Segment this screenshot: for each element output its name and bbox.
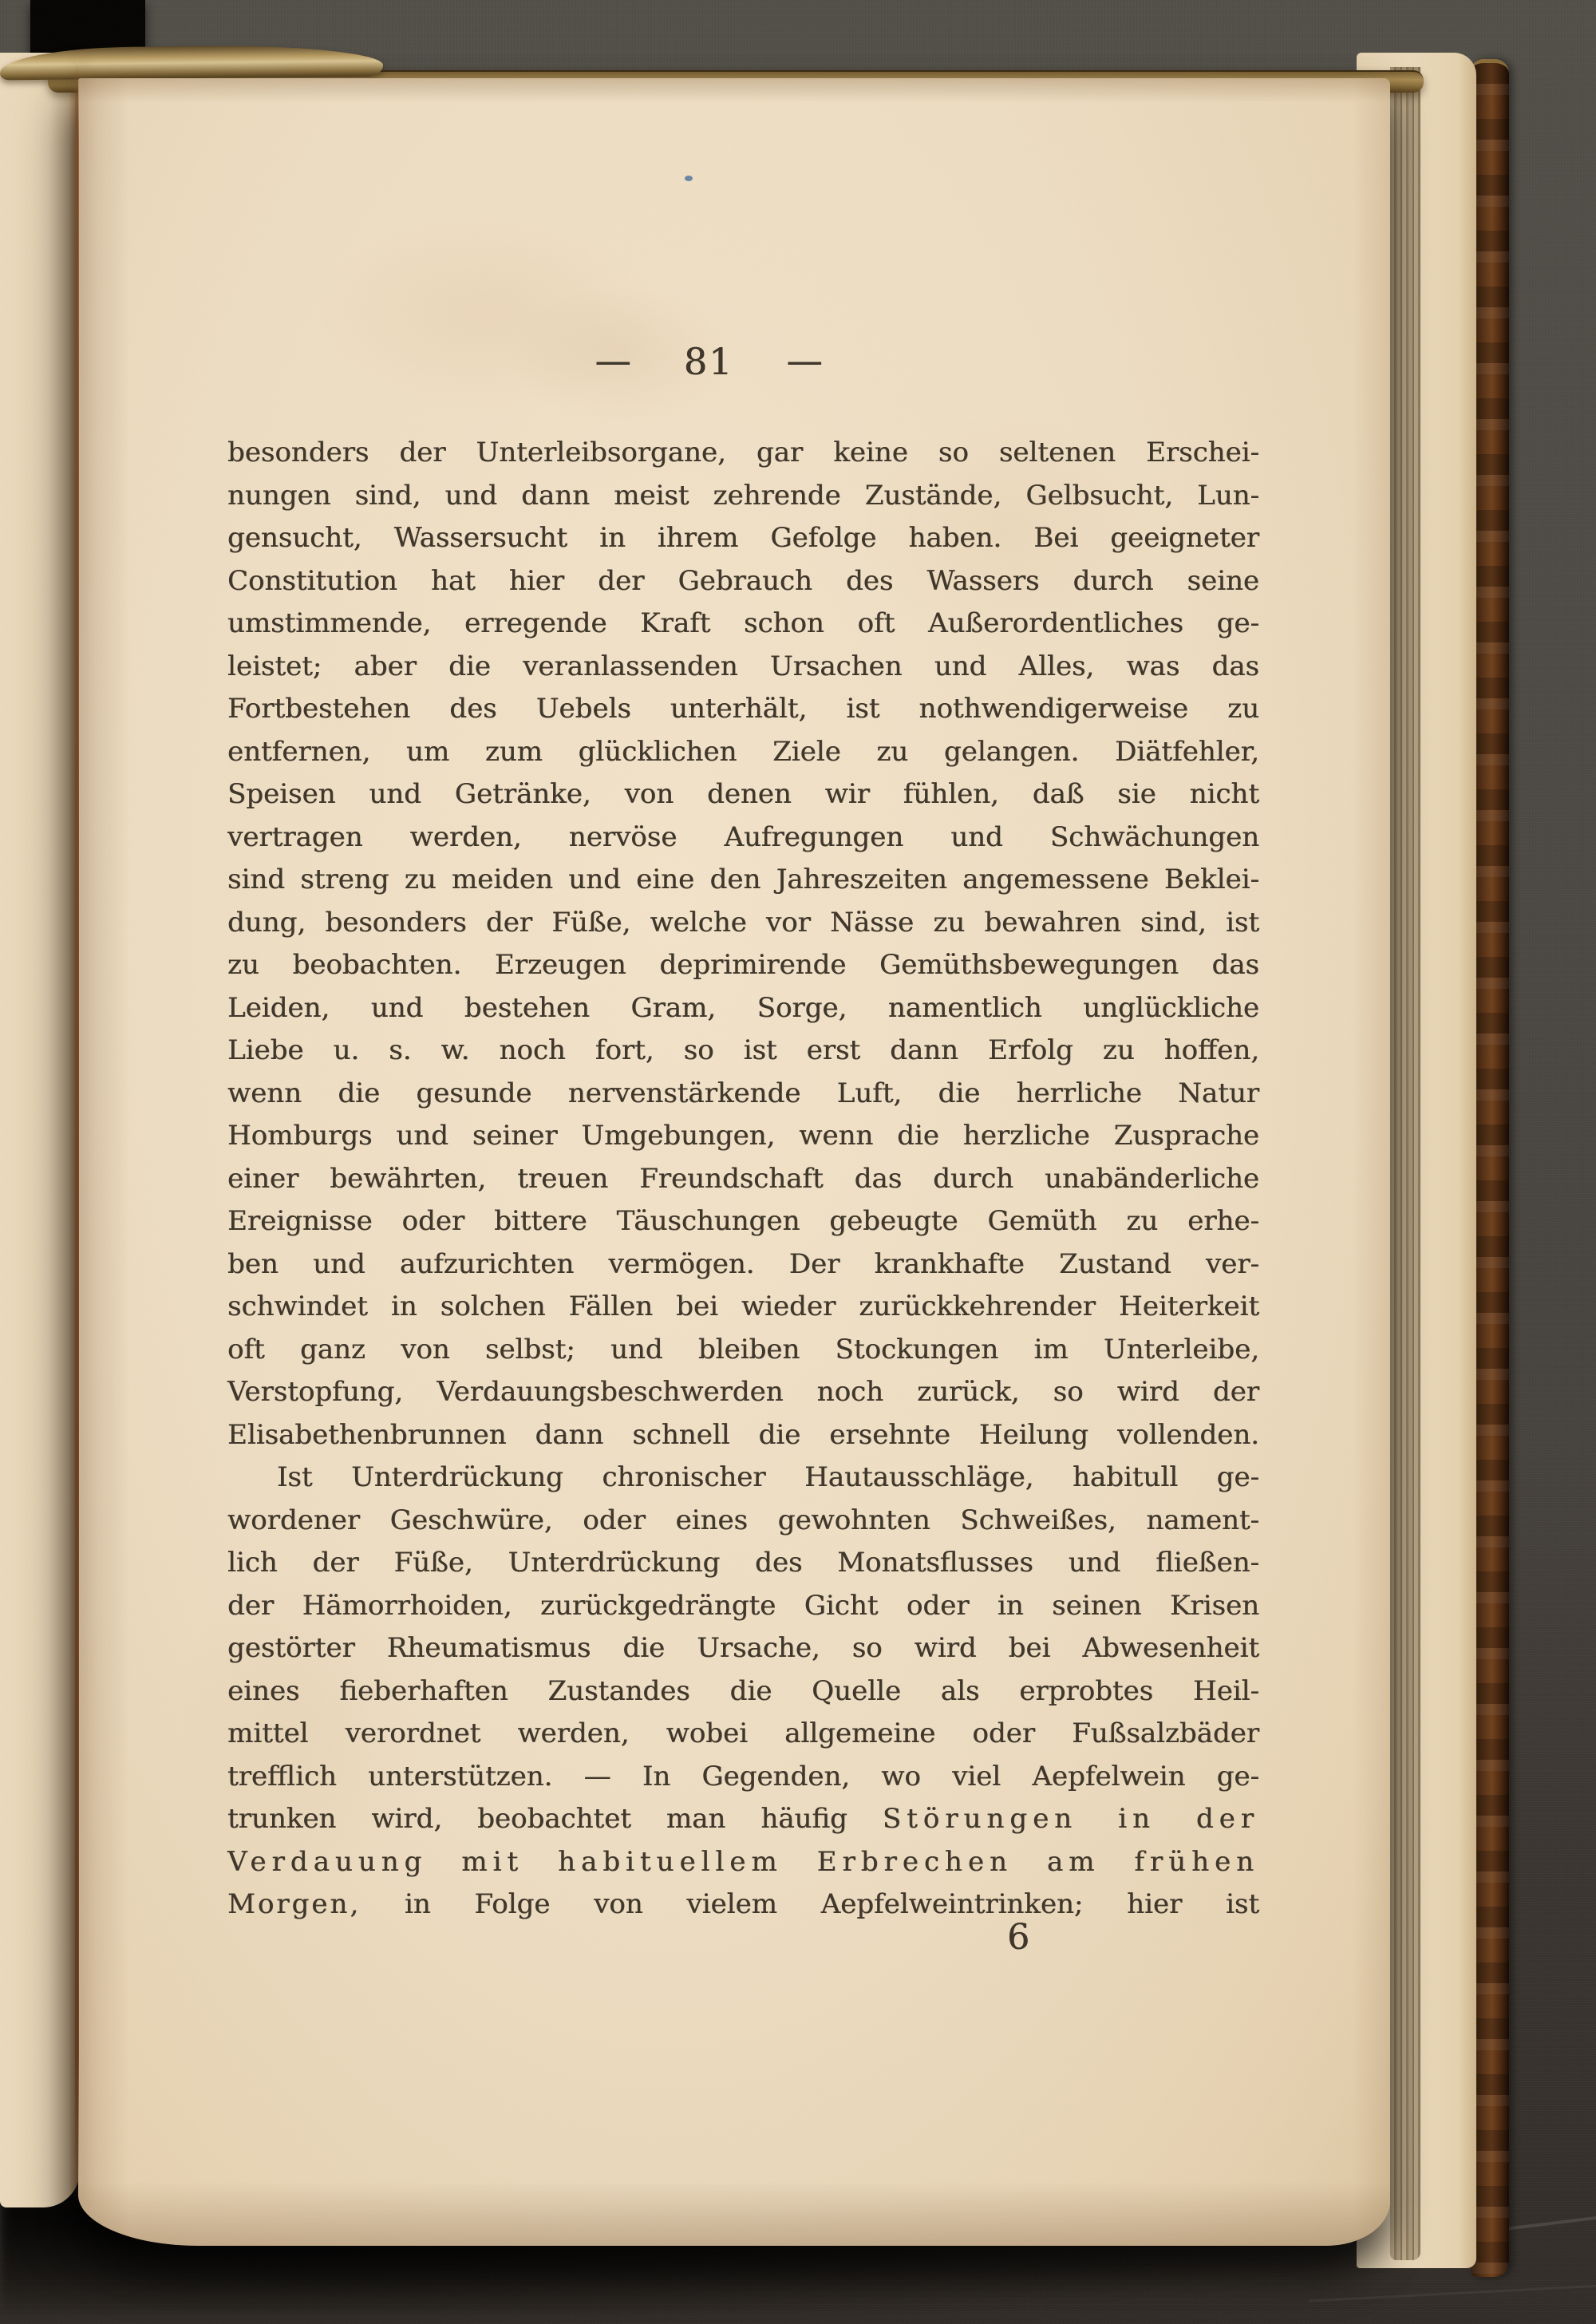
facing-page-sliver [0,53,80,2207]
body-line-segment: schwindet in solchen Fällen bei wieder z… [227,1290,1259,1322]
body-line-segment: dung, besonders der Füße, welche vor Näs… [227,907,1259,939]
body-line: vertragen werden, nervöse Aufregungen un… [227,816,1259,860]
body-line-segment: ben und aufzurichten vermögen. Der krank… [227,1248,1259,1280]
body-text: besonders der Unterleibsorgane, gar kein… [227,432,1259,1927]
body-line-segment: wordener Geschwüre, oder eines gewohnten… [227,1504,1259,1536]
body-line: wenn die gesunde nervenstärkende Luft, d… [227,1073,1259,1116]
body-line: gestörter Rheumatismus die Ursache, so w… [227,1627,1259,1670]
body-line: besonders der Unterleibsorgane, gar kein… [227,432,1259,475]
body-line-segment: besonders der Unterleibsorgane, gar kein… [227,437,1259,468]
body-line-segment: Verdauung mit habituellem Erbrechen am f… [227,1846,1259,1878]
body-line: Verdauung mit habituellem Erbrechen am f… [227,1841,1259,1884]
body-line: Elisabethenbrunnen dann schnell die erse… [227,1414,1259,1457]
body-line-segment: Leiden, und bestehen Gram, Sorge, nament… [227,992,1259,1024]
page-header: — 81 — [595,343,823,380]
gutter-crease [75,57,79,2203]
header-dash-right: — [786,350,823,373]
body-line-segment: nungen sind, und dann meist zehrende Zus… [227,480,1259,512]
body-line: lich der Füße, Unterdrückung des Monatsf… [227,1542,1259,1585]
body-line-segment: wenn die gesunde nervenstärkende Luft, d… [227,1077,1259,1109]
book-page: — 81 — besonders der Unterleibsorgane, g… [78,78,1390,2246]
body-line-segment: einer bewährten, treuen Freundschaft das… [227,1163,1259,1195]
body-line-segment: gensucht, Wassersucht in ihrem Gefolge h… [227,522,1259,554]
page-number: 81 [684,343,734,380]
body-line: umstimmende, erregende Kraft schon oft A… [227,603,1259,646]
blue-ink-speck [685,176,693,181]
body-line-segment: Speisen und Getränke, von denen wir fühl… [227,778,1259,810]
body-line-segment: zu beobachten. Erzeugen deprimirende Gem… [227,949,1259,981]
book-scan-photo: — 81 — besonders der Unterleibsorgane, g… [0,0,1596,2324]
body-line: mittel verordnet werden, wobei allgemein… [227,1713,1259,1756]
body-line-segment: Elisabethenbrunnen dann schnell die erse… [227,1419,1259,1451]
body-line-segment: Ereignisse oder bittere Täuschungen gebe… [227,1205,1259,1237]
body-line-segment: in Folge von vielem Aepfelweintrinken; h… [361,1888,1259,1920]
body-line: Morgen, in Folge von vielem Aepfelweintr… [227,1883,1259,1927]
body-line: trefflich unterstützen. — In Gegenden, w… [227,1756,1259,1799]
body-line-segment: vertragen werden, nervöse Aufregungen un… [227,821,1259,853]
body-line: Leiden, und bestehen Gram, Sorge, nament… [227,987,1259,1030]
body-line: oft ganz von selbst; und bleiben Stockun… [227,1329,1259,1372]
body-line: leistet; aber die veranlassenden Ursache… [227,646,1259,689]
body-line: der Hämorrhoiden, zurückgedrängte Gicht … [227,1585,1259,1628]
body-line: Liebe u. s. w. noch fort, so ist erst da… [227,1030,1259,1073]
body-line-segment: Liebe u. s. w. noch fort, so ist erst da… [227,1034,1259,1066]
body-line: entfernen, um zum glücklichen Ziele zu g… [227,731,1259,774]
body-line: schwindet in solchen Fällen bei wieder z… [227,1286,1259,1329]
scanner-surface-line [1499,2215,1596,2231]
page-stack-edges [1390,67,1420,2260]
body-line: einer bewährten, treuen Freundschaft das… [227,1158,1259,1201]
body-line-segment: Ist Unterdrückung chronischer Hautaussch… [277,1461,1259,1493]
body-line-segment: oft ganz von selbst; und bleiben Stockun… [227,1334,1259,1366]
body-line-segment: eines fieberhaften Zustandes die Quelle … [227,1675,1259,1707]
body-line: zu beobachten. Erzeugen deprimirende Gem… [227,944,1259,987]
body-line: trunken wird, beobachtet man häufig Stör… [227,1798,1259,1841]
body-line-segment: Störungen in der [883,1803,1259,1835]
body-line-segment: sind streng zu meiden und eine den Jahre… [227,864,1259,895]
body-line: Fortbestehen des Uebels unterhält, ist n… [227,688,1259,731]
body-line-segment: trunken wird, beobachtet man häufig [227,1803,883,1835]
body-line-segment: Fortbestehen des Uebels unterhält, ist n… [227,693,1259,725]
body-line-segment: Homburgs und seiner Umgebungen, wenn die… [227,1120,1259,1152]
body-line: Verstopfung, Verdauungsbeschwerden noch … [227,1371,1259,1414]
header-dash-left: — [595,350,631,373]
body-line-segment: gestörter Rheumatismus die Ursache, so w… [227,1632,1259,1664]
body-line-segment: lich der Füße, Unterdrückung des Monatsf… [227,1547,1259,1579]
body-line: dung, besonders der Füße, welche vor Näs… [227,902,1259,945]
body-line-segment: trefflich unterstützen. — In Gegenden, w… [227,1761,1259,1792]
body-line-segment: Constitution hat hier der Gebrauch des W… [227,565,1259,597]
body-line-segment: der Hämorrhoiden, zurückgedrängte Gicht … [227,1590,1259,1622]
body-line: wordener Geschwüre, oder eines gewohnten… [227,1500,1259,1543]
body-line: ben und aufzurichten vermögen. Der krank… [227,1243,1259,1286]
body-line: gensucht, Wassersucht in ihrem Gefolge h… [227,517,1259,560]
body-line-segment: leistet; aber die veranlassenden Ursache… [227,650,1259,682]
body-line-segment: entfernen, um zum glücklichen Ziele zu g… [227,736,1259,768]
book-cover-edge [1471,59,1509,2277]
body-line: Ereignisse oder bittere Täuschungen gebe… [227,1200,1259,1243]
body-line-segment: mittel verordnet werden, wobei allgemein… [227,1717,1259,1749]
signature-mark: 6 [1007,1917,1029,1958]
body-line: sind streng zu meiden und eine den Jahre… [227,859,1259,902]
body-line: Homburgs und seiner Umgebungen, wenn die… [227,1115,1259,1158]
body-line: eines fieberhaften Zustandes die Quelle … [227,1670,1259,1713]
body-line-segment: umstimmende, erregende Kraft schon oft A… [227,607,1259,639]
body-line: Ist Unterdrückung chronischer Hautaussch… [227,1456,1259,1500]
body-line: Speisen und Getränke, von denen wir fühl… [227,773,1259,816]
body-line-segment: Verstopfung, Verdauungsbeschwerden noch … [227,1376,1259,1408]
body-line: Constitution hat hier der Gebrauch des W… [227,560,1259,603]
body-line-segment: Morgen, [227,1888,361,1920]
body-line: nungen sind, und dann meist zehrende Zus… [227,475,1259,518]
